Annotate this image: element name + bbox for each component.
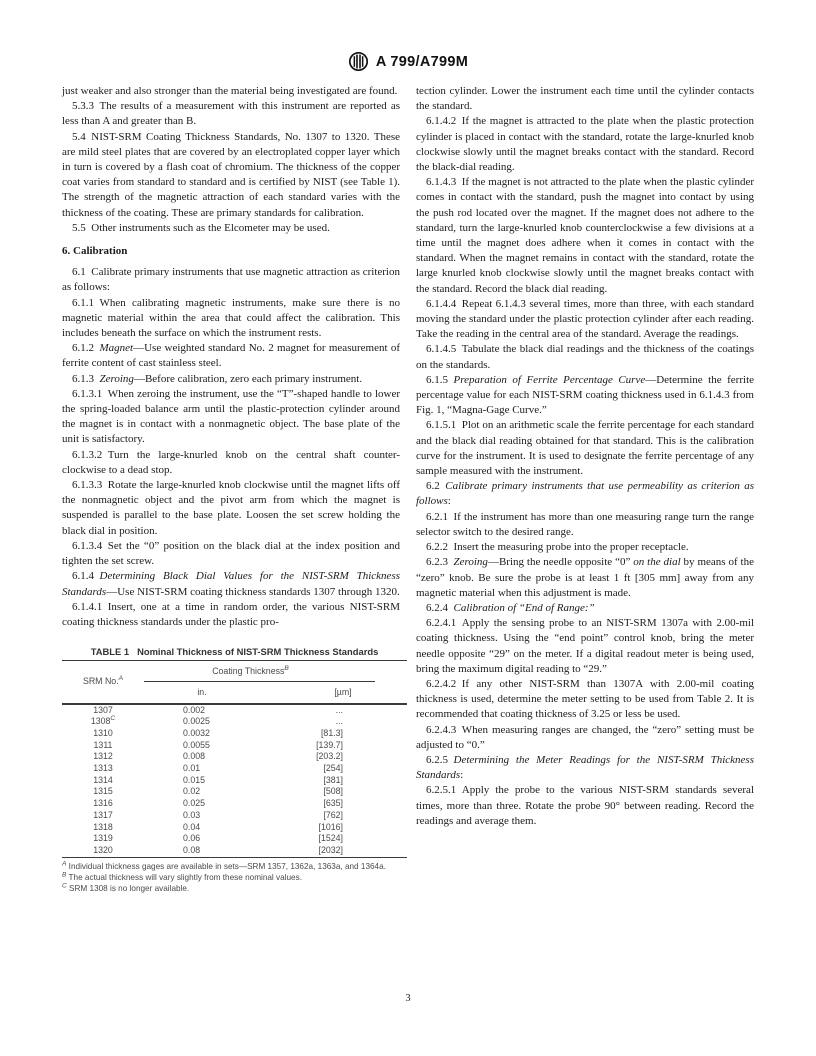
paragraph: 5.4 NIST-SRM Coating Thickness Standards… [62, 130, 400, 221]
srm-no-header: SRM No.A [62, 661, 144, 704]
table-row: 13110.0055[139.7] [62, 740, 407, 752]
table-row: 13200.08[2032] [62, 845, 407, 857]
page-number: 3 [62, 993, 754, 1004]
document-header: A 799/A799M [0, 51, 816, 72]
astm-logo-icon [348, 51, 369, 72]
table-label: TABLE 1 [91, 646, 129, 657]
paragraph: 6.1.4.3 If the magnet is not attracted t… [416, 175, 754, 297]
table-row: 13100.0032[81.3] [62, 728, 407, 740]
table-footnote: B The actual thickness will vary slightl… [62, 872, 407, 883]
paragraph: 6.2.3 Zeroing—Bring the needle opposite … [416, 555, 754, 601]
paragraph: 6.1.4.5 Tabulate the black dial readings… [416, 342, 754, 372]
paragraph: 6.2.2 Insert the measuring probe into th… [416, 540, 754, 555]
coating-thickness-header: Coating ThicknessB [144, 661, 407, 683]
paragraph: 6.1.4.1 Insert, one at a time in random … [62, 600, 400, 630]
table-row: 13190.06[1524] [62, 833, 407, 845]
right-column: tection cylinder. Lower the instrument e… [416, 84, 754, 895]
two-column-text: just weaker and also stronger than the m… [62, 84, 754, 895]
table-footnote: A Individual thickness gages are availab… [62, 861, 407, 872]
paragraph: 6.2.1 If the instrument has more than on… [416, 510, 754, 540]
paragraph: 5.5 Other instruments such as the Elcome… [62, 221, 400, 236]
paragraph: 6.2.4.3 When measuring ranges are change… [416, 723, 754, 753]
paragraph: 6.1.3 Zeroing—Before calibration, zero e… [62, 372, 400, 387]
table-footnote: C SRM 1308 is no longer available. [62, 883, 407, 894]
paragraph: 6.1.2 Magnet—Use weighted standard No. 2… [62, 341, 400, 371]
table-title: TABLE 1Nominal Thickness of NIST-SRM Thi… [62, 646, 407, 657]
paragraph: 6.2.5 Determining the Meter Readings for… [416, 753, 754, 783]
document-page: A 799/A799M just weaker and also stronge… [0, 0, 816, 1056]
document-code: A 799/A799M [376, 54, 468, 70]
paragraph: 6.2.4.1 Apply the sensing probe to an NI… [416, 616, 754, 677]
paragraph: 6.2.4 Calibration of “End of Range:” [416, 601, 754, 616]
paragraph: tection cylinder. Lower the instrument e… [416, 84, 754, 114]
paragraph: 6.1.3.2 Turn the large-knurled knob on t… [62, 448, 400, 478]
paragraph: 6.1.4.4 Repeat 6.1.4.3 several times, mo… [416, 297, 754, 343]
table-row: 1308C0.0025... [62, 716, 407, 728]
paragraph: 5.3.3 The results of a measurement with … [62, 99, 400, 129]
paragraph: 6.2.5.1 Apply the probe to the various N… [416, 783, 754, 829]
paragraph: 6.1.1 When calibrating magnetic instrume… [62, 296, 400, 342]
um-header: [µm] [294, 682, 407, 703]
paragraph: 6.1.5.1 Plot on an arithmetic scale the … [416, 418, 754, 479]
table-row: 13140.015[381] [62, 775, 407, 787]
paragraph: 6.1.3.3 Rotate the large-knurled knob cl… [62, 478, 400, 539]
table-row: 13130.01[254] [62, 763, 407, 775]
paragraph: 6.1.3.1 When zeroing the instrument, use… [62, 387, 400, 448]
paragraph: 6.2 Calibrate primary instruments that u… [416, 479, 754, 509]
table-1-grid: SRM No.A Coating ThicknessB in. [µm] 130… [62, 660, 407, 858]
table-row: 13180.04[1016] [62, 822, 407, 834]
table-footnotes: A Individual thickness gages are availab… [62, 861, 407, 895]
table-1: TABLE 1Nominal Thickness of NIST-SRM Thi… [62, 646, 407, 894]
paragraph: 6.1 Calibrate primary instruments that u… [62, 265, 400, 295]
table-row: 13120.008[203.2] [62, 751, 407, 763]
paragraph: just weaker and also stronger than the m… [62, 84, 400, 99]
left-column: just weaker and also stronger than the m… [62, 84, 400, 895]
paragraph: 6.1.3.4 Set the “0” position on the blac… [62, 539, 400, 569]
table-row: 13170.03[762] [62, 810, 407, 822]
paragraph: 6.2.4.2 If any other NIST-SRM than 1307A… [416, 677, 754, 723]
table-title-text: Nominal Thickness of NIST-SRM Thickness … [137, 646, 378, 657]
in-header: in. [144, 682, 294, 703]
paragraph: 6.1.4 Determining Black Dial Values for … [62, 569, 400, 599]
section-heading: 6. Calibration [62, 244, 400, 259]
table-row: 13150.02[508] [62, 786, 407, 798]
paragraph: 6.1.5 Preparation of Ferrite Percentage … [416, 373, 754, 419]
table-row: 13160.025[635] [62, 798, 407, 810]
paragraph: 6.1.4.2 If the magnet is attracted to th… [416, 114, 754, 175]
